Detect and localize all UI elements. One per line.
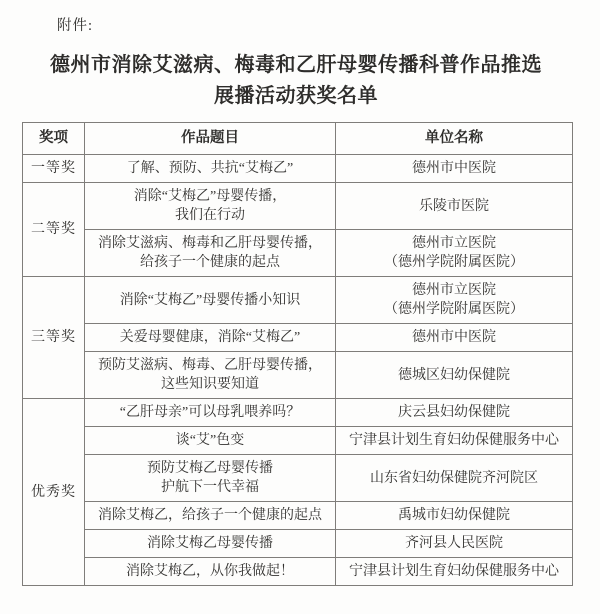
document-title: 德州市消除艾滋病、梅毒和乙肝母婴传播科普作品推选 展播活动获奖名单 bbox=[0, 50, 592, 112]
work-title-cell: 关爱母婴健康，消除“艾梅乙” bbox=[85, 324, 336, 352]
document-title-line1: 德州市消除艾滋病、梅毒和乙肝母婴传播科普作品推选 bbox=[0, 50, 592, 81]
header-award-category: 奖项 bbox=[23, 123, 85, 155]
organization-cell: 德州市中医院 bbox=[336, 155, 573, 183]
award-group-cell: 三等奖 bbox=[23, 277, 85, 399]
award-table-body: 一等奖了解、预防、共抗“艾梅乙”德州市中医院二等奖消除“艾梅乙”母婴传播，我们在… bbox=[23, 155, 573, 586]
table-row: 谈“艾”色变宁津县计划生育妇幼保健服务中心 bbox=[23, 427, 573, 455]
organization-cell: 山东省妇幼保健院齐河院区 bbox=[336, 455, 573, 502]
organization-cell: 乐陵市医院 bbox=[336, 183, 573, 230]
table-row: 预防艾滋病、梅毒、乙肝母婴传播，这些知识要知道德城区妇幼保健院 bbox=[23, 352, 573, 399]
award-group-cell: 一等奖 bbox=[23, 155, 85, 183]
table-row: 预防艾梅乙母婴传播护航下一代幸福山东省妇幼保健院齐河院区 bbox=[23, 455, 573, 502]
organization-cell: 德州市立医院（德州学院附属医院） bbox=[336, 277, 573, 324]
table-row: 消除艾梅乙，从你我做起！宁津县计划生育妇幼保健服务中心 bbox=[23, 558, 573, 586]
attachment-label: 附件: bbox=[57, 14, 93, 35]
award-group-cell: 二等奖 bbox=[23, 183, 85, 277]
document-title-line2: 展播活动获奖名单 bbox=[0, 81, 592, 112]
work-title-cell: “乙肝母亲”可以母乳喂养吗？ bbox=[85, 399, 336, 427]
header-organization-name: 单位名称 bbox=[336, 123, 573, 155]
organization-cell: 宁津县计划生育妇幼保健服务中心 bbox=[336, 558, 573, 586]
organization-cell: 德城区妇幼保健院 bbox=[336, 352, 573, 399]
award-table: 奖项 作品题目 单位名称 一等奖了解、预防、共抗“艾梅乙”德州市中医院二等奖消除… bbox=[22, 122, 573, 586]
work-title-cell: 预防艾滋病、梅毒、乙肝母婴传播，这些知识要知道 bbox=[85, 352, 336, 399]
organization-cell: 宁津县计划生育妇幼保健服务中心 bbox=[336, 427, 573, 455]
work-title-cell: 谈“艾”色变 bbox=[85, 427, 336, 455]
organization-cell: 庆云县妇幼保健院 bbox=[336, 399, 573, 427]
work-title-cell: 消除艾梅乙，从你我做起！ bbox=[85, 558, 336, 586]
table-row: 二等奖消除“艾梅乙”母婴传播，我们在行动乐陵市医院 bbox=[23, 183, 573, 230]
organization-cell: 齐河县人民医院 bbox=[336, 530, 573, 558]
work-title-cell: 消除艾梅乙，给孩子一个健康的起点 bbox=[85, 502, 336, 530]
work-title-cell: 消除“艾梅乙”母婴传播，我们在行动 bbox=[85, 183, 336, 230]
organization-cell: 禹城市妇幼保健院 bbox=[336, 502, 573, 530]
table-row: 消除艾梅乙母婴传播齐河县人民医院 bbox=[23, 530, 573, 558]
organization-cell: 德州市立医院（德州学院附属医院） bbox=[336, 230, 573, 277]
table-row: 优秀奖“乙肝母亲”可以母乳喂养吗？庆云县妇幼保健院 bbox=[23, 399, 573, 427]
work-title-cell: 了解、预防、共抗“艾梅乙” bbox=[85, 155, 336, 183]
table-row: 消除艾梅乙，给孩子一个健康的起点禹城市妇幼保健院 bbox=[23, 502, 573, 530]
work-title-cell: 消除艾梅乙母婴传播 bbox=[85, 530, 336, 558]
award-group-cell: 优秀奖 bbox=[23, 399, 85, 586]
organization-cell: 德州市中医院 bbox=[336, 324, 573, 352]
work-title-cell: 消除艾滋病、梅毒和乙肝母婴传播，给孩子一个健康的起点 bbox=[85, 230, 336, 277]
work-title-cell: 消除“艾梅乙”母婴传播小知识 bbox=[85, 277, 336, 324]
table-row: 关爱母婴健康，消除“艾梅乙”德州市中医院 bbox=[23, 324, 573, 352]
table-row: 三等奖消除“艾梅乙”母婴传播小知识德州市立医院（德州学院附属医院） bbox=[23, 277, 573, 324]
table-header-row: 奖项 作品题目 单位名称 bbox=[23, 123, 573, 155]
header-work-title: 作品题目 bbox=[85, 123, 336, 155]
work-title-cell: 预防艾梅乙母婴传播护航下一代幸福 bbox=[85, 455, 336, 502]
scanned-document-page: 附件: 德州市消除艾滋病、梅毒和乙肝母婴传播科普作品推选 展播活动获奖名单 奖项… bbox=[0, 0, 600, 614]
table-row: 消除艾滋病、梅毒和乙肝母婴传播，给孩子一个健康的起点德州市立医院（德州学院附属医… bbox=[23, 230, 573, 277]
table-row: 一等奖了解、预防、共抗“艾梅乙”德州市中医院 bbox=[23, 155, 573, 183]
